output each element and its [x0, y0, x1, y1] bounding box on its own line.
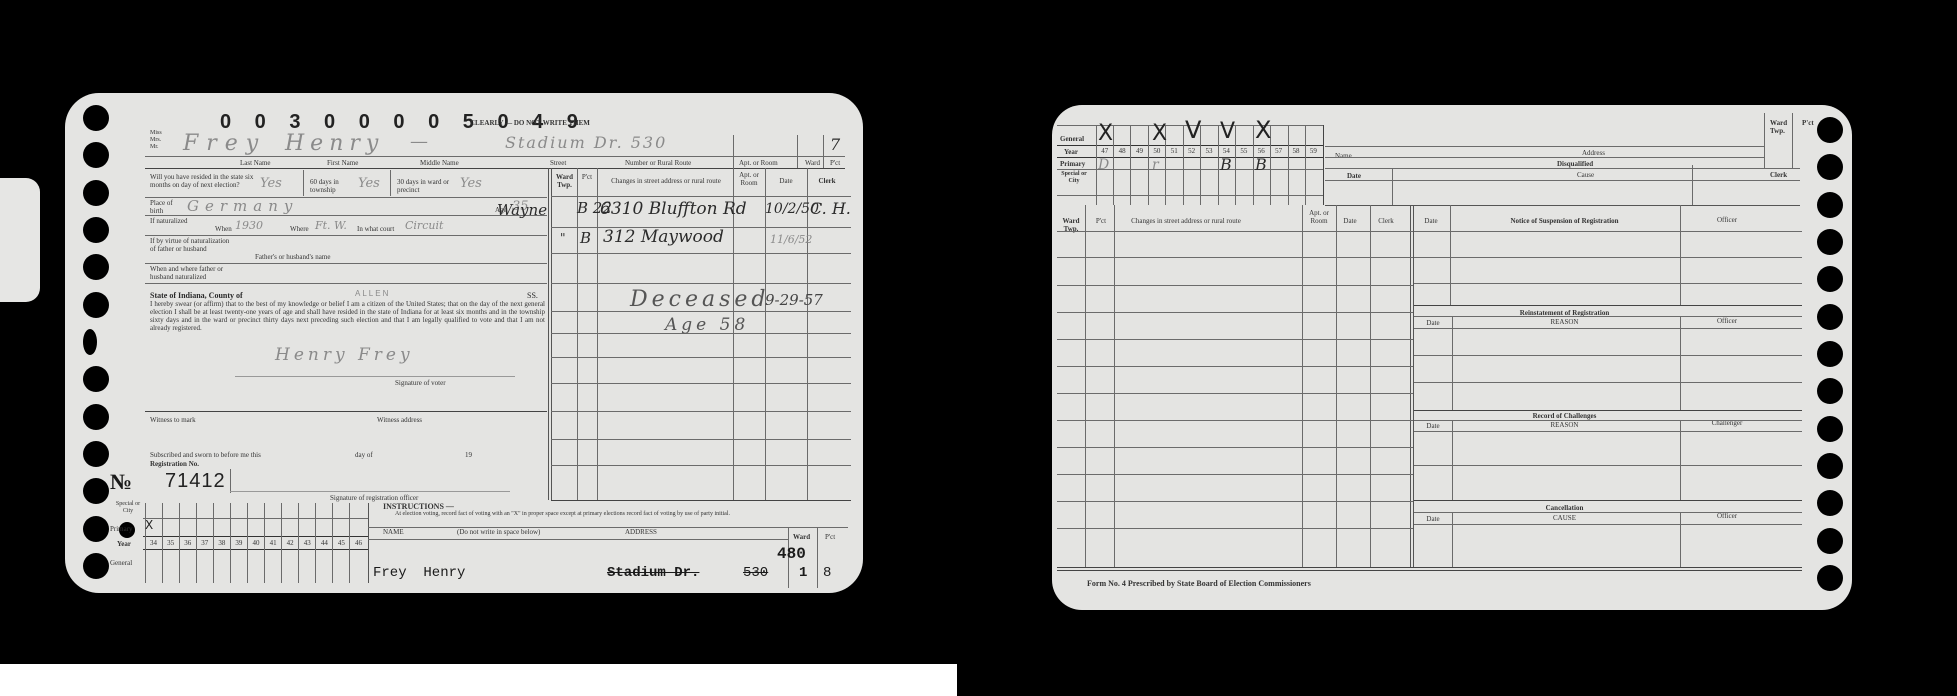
stub-name-label: NAME: [383, 528, 404, 536]
primary-mark: r: [1152, 157, 1159, 173]
residence-question: Will you have resided in the state six m…: [150, 173, 260, 189]
township-value: Yes: [358, 176, 380, 191]
label-number: Number or Rural Route: [625, 159, 691, 167]
vote-mark: V: [1220, 119, 1235, 145]
col-apt: Apt. or Room: [1304, 209, 1334, 225]
cancellation-date-header: Date: [1414, 515, 1452, 523]
label-middle-name: Middle Name: [420, 159, 459, 167]
reinstatement-reason-header: REASON: [1452, 318, 1677, 326]
subscribed-label: Subscribed and sworn to before me this: [150, 451, 261, 459]
no-symbol: №: [110, 469, 132, 495]
grid-label-year: Year: [1064, 148, 1078, 156]
first-name-value: Henry: [285, 131, 384, 156]
grid-label-special: Special or City: [1056, 171, 1092, 185]
form-footer: Form No. 4 Prescribed by State Board of …: [1087, 580, 1311, 588]
grid-label-primary: Primary: [110, 525, 133, 533]
disqualified-label: Disqualified: [1557, 160, 1593, 168]
stub-name-value: Frey Henry: [373, 565, 465, 581]
grid-label-general: General: [110, 559, 132, 567]
stub-address-label: ADDRESS: [625, 528, 657, 536]
oath-ss: SS.: [527, 291, 538, 300]
vote-mark: X: [1152, 121, 1167, 147]
transfer-pct-label: P'ct: [1802, 119, 1814, 127]
signature-label: Signature of voter: [395, 379, 446, 387]
col-pct: P'ct: [577, 173, 597, 181]
where-value: Ft. W.: [315, 219, 347, 232]
transfer-cause-label: Cause: [1577, 171, 1594, 179]
col-date: Date: [1335, 217, 1365, 225]
registration-card-back: General Year Primary Special or City 47 …: [1052, 105, 1852, 610]
suspension-title: Notice of Suspension of Registration: [1452, 217, 1677, 225]
naturalized-label: If naturalized: [150, 217, 190, 225]
primary-mark: D: [1098, 157, 1109, 173]
partial-card-fragment: [0, 178, 40, 302]
witness-address-label: Witness address: [377, 416, 422, 424]
stub-number-value: 530: [743, 565, 768, 581]
registrar-signature-label: Signature of registration officer: [330, 494, 418, 502]
label-ward: Ward: [805, 159, 820, 167]
vote-mark: X: [1255, 117, 1271, 143]
label-pct: P'ct: [830, 159, 840, 167]
ward-days-label: 30 days in ward or precinct: [397, 178, 457, 194]
col-ward: Ward Twp.: [552, 173, 577, 189]
label-last-name: Last Name: [240, 159, 271, 167]
when-label: When: [215, 225, 232, 233]
father-label: If by virtue of naturalization of father…: [150, 237, 230, 253]
title-prefix: MissMrs.Mr.: [150, 130, 162, 151]
suspension-date-header: Date: [1414, 217, 1448, 225]
blank-margin: [0, 664, 957, 696]
reinstatement-officer-header: Officer: [1682, 317, 1772, 325]
year-prefix: 19: [465, 451, 472, 459]
vote-mark: X: [1098, 121, 1113, 147]
challenges-reason-header: REASON: [1452, 421, 1677, 429]
stub-ward-handwritten: 480: [777, 545, 806, 563]
label-apt: Apt. or Room: [739, 159, 778, 167]
reinstatement-date-header: Date: [1414, 319, 1452, 327]
day-of-label: day of: [355, 451, 373, 459]
voter-signature: Henry Frey: [275, 345, 414, 365]
instructions-heading: INSTRUCTIONS —: [383, 503, 454, 511]
vote-mark: X: [145, 519, 153, 531]
oath-text: I hereby swear (or affirm) that to the b…: [150, 300, 545, 332]
cancellation-title: Cancellation: [1452, 504, 1677, 512]
transfer-ward-label: Ward Twp.: [1770, 119, 1790, 135]
challenges-title: Record of Challenges: [1452, 412, 1677, 420]
grid-label-special: Special or City: [113, 501, 143, 515]
court-value: Circuit: [405, 219, 443, 232]
father-name-label: Father's or husband's name: [255, 253, 330, 261]
stub-ward-label: Ward: [793, 533, 810, 541]
street-value: Stadium Dr. 530: [505, 133, 667, 152]
col-apt: Apt. or Room: [733, 171, 765, 187]
suspension-officer-header: Officer: [1682, 216, 1772, 224]
instructions-text: At election voting, record fact of votin…: [395, 511, 815, 518]
registration-number: 71412: [165, 470, 226, 493]
transfer-name-label: Name: [1335, 152, 1352, 160]
grid-label-general: General: [1060, 135, 1084, 143]
col-clerk: Clerk: [1366, 217, 1406, 225]
transfer-clerk-label: Clerk: [1770, 171, 1787, 179]
when-where-label: When and where father or husband natural…: [150, 265, 230, 281]
label-first-name: First Name: [327, 159, 358, 167]
last-name-value: Frey: [183, 131, 266, 156]
stub-pct-value: 8: [823, 565, 831, 581]
cancellation-officer-header: Officer: [1682, 512, 1772, 520]
registration-card-front: 0 0 3 0 0 0 0 5 0 4 9 CLEARLY — DO NOT W…: [65, 93, 863, 593]
primary-mark: B: [1255, 155, 1267, 174]
col-changes: Changes in street address or rural route: [599, 177, 733, 185]
oath-heading: State of Indiana, County of: [150, 291, 243, 300]
birth-label: Place of birth: [150, 199, 180, 215]
witness-label: Witness to mark: [150, 416, 196, 424]
header-notice: CLEARLY — DO NOT WRITE THEM: [470, 119, 590, 127]
ward-corner-mark: 7: [830, 135, 840, 154]
transfer-address-label: Address: [1582, 149, 1605, 157]
residence-state-value: Yes: [260, 176, 282, 191]
where-label: Where: [290, 225, 309, 233]
middle-name-value: —: [410, 131, 428, 152]
challenges-date-header: Date: [1414, 422, 1452, 430]
stub-ward-value: 1: [799, 565, 807, 581]
col-changes: Changes in street address or rural route: [1116, 217, 1256, 225]
township-label: 60 days in township: [310, 178, 362, 194]
primary-mark: B: [1220, 155, 1232, 174]
stub-notice: (Do not write in space below): [457, 528, 540, 536]
cancellation-cause-header: CAUSE: [1452, 514, 1677, 522]
registration-no-label: Registration No.: [150, 460, 199, 468]
court-label: In what court: [357, 225, 394, 233]
stub-address-value: Stadium Dr.: [607, 565, 699, 581]
label-street: Street: [550, 159, 566, 167]
vote-mark: V: [1185, 117, 1201, 143]
grid-label-primary: Primary: [1060, 160, 1085, 168]
transfer-date-label: Date: [1347, 172, 1361, 180]
ward-days-value: Yes: [460, 176, 482, 191]
stub-pct-label: P'ct: [825, 533, 835, 541]
col-clerk: Clerk: [807, 177, 847, 185]
birth-value: Germany: [187, 197, 298, 215]
col-pct: P'ct: [1088, 217, 1114, 225]
col-date: Date: [765, 177, 807, 185]
when-value: 1930: [235, 219, 263, 232]
grid-label-year: Year: [117, 540, 131, 548]
oath-county: ALLEN: [355, 289, 390, 298]
